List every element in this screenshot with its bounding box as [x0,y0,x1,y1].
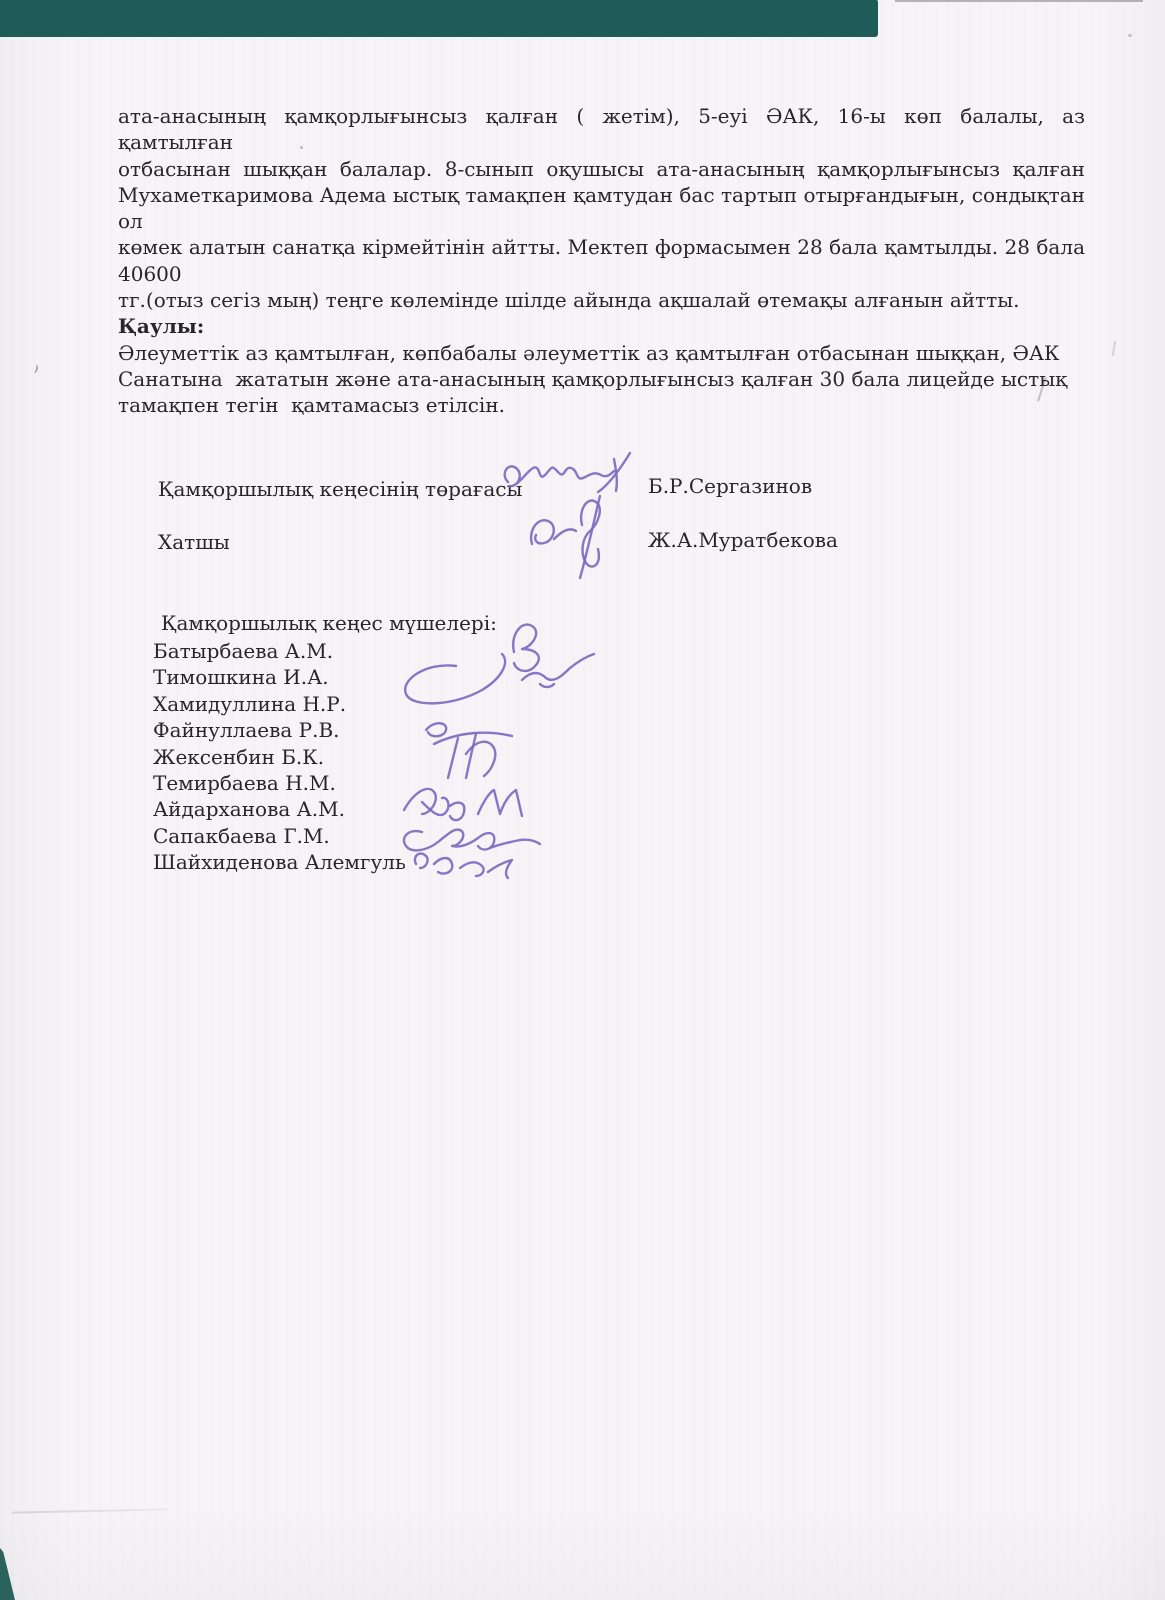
scanned-document-page: ата-анасының қамқорлығынсыз қалған ( жет… [0,0,1165,1600]
secretary-signature [524,490,624,582]
body-paragraph-line: көмек алатын санатқа кірмейтінін айтты. … [118,234,1085,287]
member-name: Хамидуллина Н.Р. [153,691,406,717]
chairman-name: Б.Р.Сергазинов [648,474,812,498]
resolution-heading: Қаулы: [118,313,1085,339]
scanner-edge-band [0,0,878,37]
body-paragraph-line: ата-анасының қамқорлығынсыз қалған ( жет… [118,103,1085,156]
member-name: Тимошкина И.А. [153,664,406,690]
member-name: Сапакбаева Г.М. [153,823,406,849]
member-name: Батырбаева А.М. [153,638,406,664]
dust-speck [1128,34,1132,37]
member-name: Шайхиденова Алемгуль [153,849,406,875]
member-name: Айдарханова А.М. [153,796,406,822]
resolution-line: Санатына жататын және ата-анасының қамқо… [118,366,1085,392]
resolution-line: тамақпен тегін қамтамасыз етілсін. [118,392,1085,418]
body-paragraph-line: Мухаметкаримова Адема ыстық тамақпен қам… [118,182,1085,235]
member-name: Файнуллаева Р.В. [153,717,406,743]
member-name: Темирбаева Н.М. [153,770,406,796]
members-signature-1 [396,616,598,718]
secretary-role-label: Хатшы [158,530,230,554]
scan-edge-line [895,0,1143,2]
scanner-corner-mark [0,1548,15,1600]
secretary-name: Ж.А.Муратбекова [648,528,838,552]
ink-speck-mark [31,363,39,373]
chairman-role-label: Қамқоршылық кеңесінің төрағасы [158,477,522,501]
document-body: ата-анасының қамқорлығынсыз қалған ( жет… [118,103,1085,419]
members-signature-3 [394,770,551,882]
resolution-line: Әлеуметтік аз қамтылған, көпбабалы әлеум… [118,340,1085,366]
paper-crease [1112,341,1117,356]
members-list: Батырбаева А.М. Тимошкина И.А. Хамидулли… [153,638,406,876]
body-paragraph-line: отбасынан шыққан балалар. 8-сынып оқушыс… [118,156,1085,182]
body-paragraph-line: тг.(отыз сегіз мың) теңге көлемінде шілд… [118,287,1085,313]
member-name: Жексенбин Б.К. [153,744,406,770]
paper-fold-line [12,1508,167,1513]
